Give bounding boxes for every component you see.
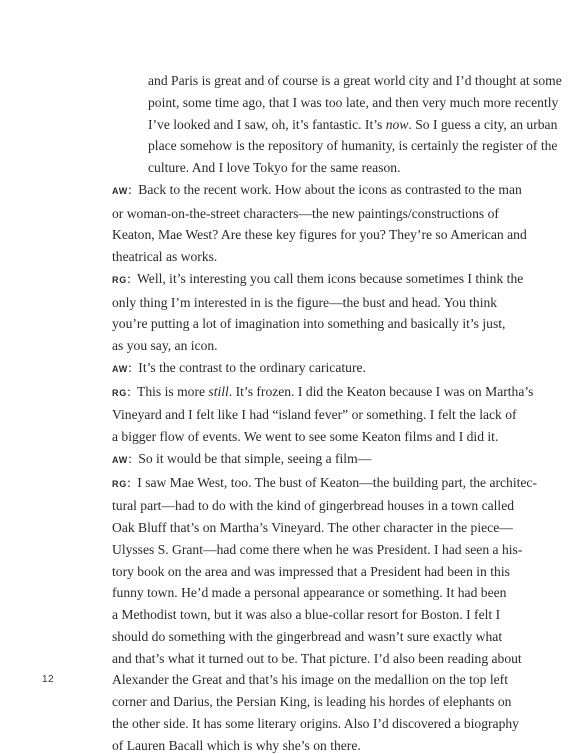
text-line: Keaton, Mae West? Are these key figures … xyxy=(148,224,532,246)
text-line: Alexander the Great and that’s his image… xyxy=(148,669,532,691)
speech-rg: RG: This is more still. It’s frozen. I d… xyxy=(112,381,532,448)
text-line: It’s the contrast to the ordinary carica… xyxy=(138,360,366,375)
speaker-label: RG xyxy=(112,275,127,285)
text-line: point, some time ago, that I was too lat… xyxy=(148,92,532,114)
text-line: should do something with the gingerbread… xyxy=(148,626,532,648)
speaker-label: AW xyxy=(112,364,128,374)
emphasis: now xyxy=(386,117,409,132)
text-line: Vineyard and I felt like I had “island f… xyxy=(148,404,532,426)
paragraph-continuation: and Paris is great and of course is a gr… xyxy=(112,70,532,179)
page-number: 12 xyxy=(42,674,54,685)
text-line: and Paris is great and of course is a gr… xyxy=(148,70,532,92)
text-line: tory book on the area and was impressed … xyxy=(148,561,532,583)
text-line: as you say, an icon. xyxy=(148,335,532,357)
text-line: corner and Darius, the Persian King, is … xyxy=(148,691,532,713)
speaker-label: AW xyxy=(112,186,128,196)
text-line: funny town. He’d made a personal appeara… xyxy=(148,582,532,604)
text-line: Oak Bluff that’s on Martha’s Vineyard. T… xyxy=(148,517,532,539)
speech-aw: AW: So it would be that simple, seeing a… xyxy=(112,448,532,472)
text-line: Back to the recent work. How about the i… xyxy=(138,182,522,197)
text-line: theatrical as works. xyxy=(148,246,532,268)
text-line: and that’s what it turned out to be. Tha… xyxy=(148,648,532,670)
text-line: Well, it’s interesting you call them ico… xyxy=(137,271,523,286)
speech-aw: AW: It’s the contrast to the ordinary ca… xyxy=(112,357,532,381)
text-line: culture. And I love Tokyo for the same r… xyxy=(148,157,532,179)
text-line: place somehow is the repository of human… xyxy=(148,135,532,157)
text-line: you’re putting a lot of imagination into… xyxy=(148,313,532,335)
speech-rg: RG: I saw Mae West, too. The bust of Kea… xyxy=(112,472,532,754)
document-page: and Paris is great and of course is a gr… xyxy=(0,0,571,754)
text-line: Ulysses S. Grant—had come there when he … xyxy=(148,539,532,561)
speaker-label: AW xyxy=(112,455,128,465)
text-line: only thing I’m interested in is the figu… xyxy=(148,292,532,314)
emphasis: still xyxy=(208,384,228,399)
speech-rg: RG: Well, it’s interesting you call them… xyxy=(112,268,532,357)
text-line: a Methodist town, but it was also a blue… xyxy=(148,604,532,626)
speaker-label: RG xyxy=(112,388,127,398)
text-line: of Lauren Bacall which is why she’s on t… xyxy=(148,735,532,754)
speaker-label: RG xyxy=(112,479,127,489)
text-line: tural part—had to do with the kind of gi… xyxy=(148,495,532,517)
text-line: So it would be that simple, seeing a fil… xyxy=(138,451,371,466)
speech-aw: AW: Back to the recent work. How about t… xyxy=(112,179,532,268)
interview-text: and Paris is great and of course is a gr… xyxy=(112,70,532,754)
text-line: the other side. It has some literary ori… xyxy=(148,713,532,735)
text-line: I saw Mae West, too. The bust of Keaton—… xyxy=(137,475,537,490)
text-line: or woman-on-the-street characters—the ne… xyxy=(148,203,532,225)
text-line: a bigger flow of events. We went to see … xyxy=(148,426,532,448)
text-line: I’ve looked and I saw, oh, it’s fantasti… xyxy=(148,114,532,136)
